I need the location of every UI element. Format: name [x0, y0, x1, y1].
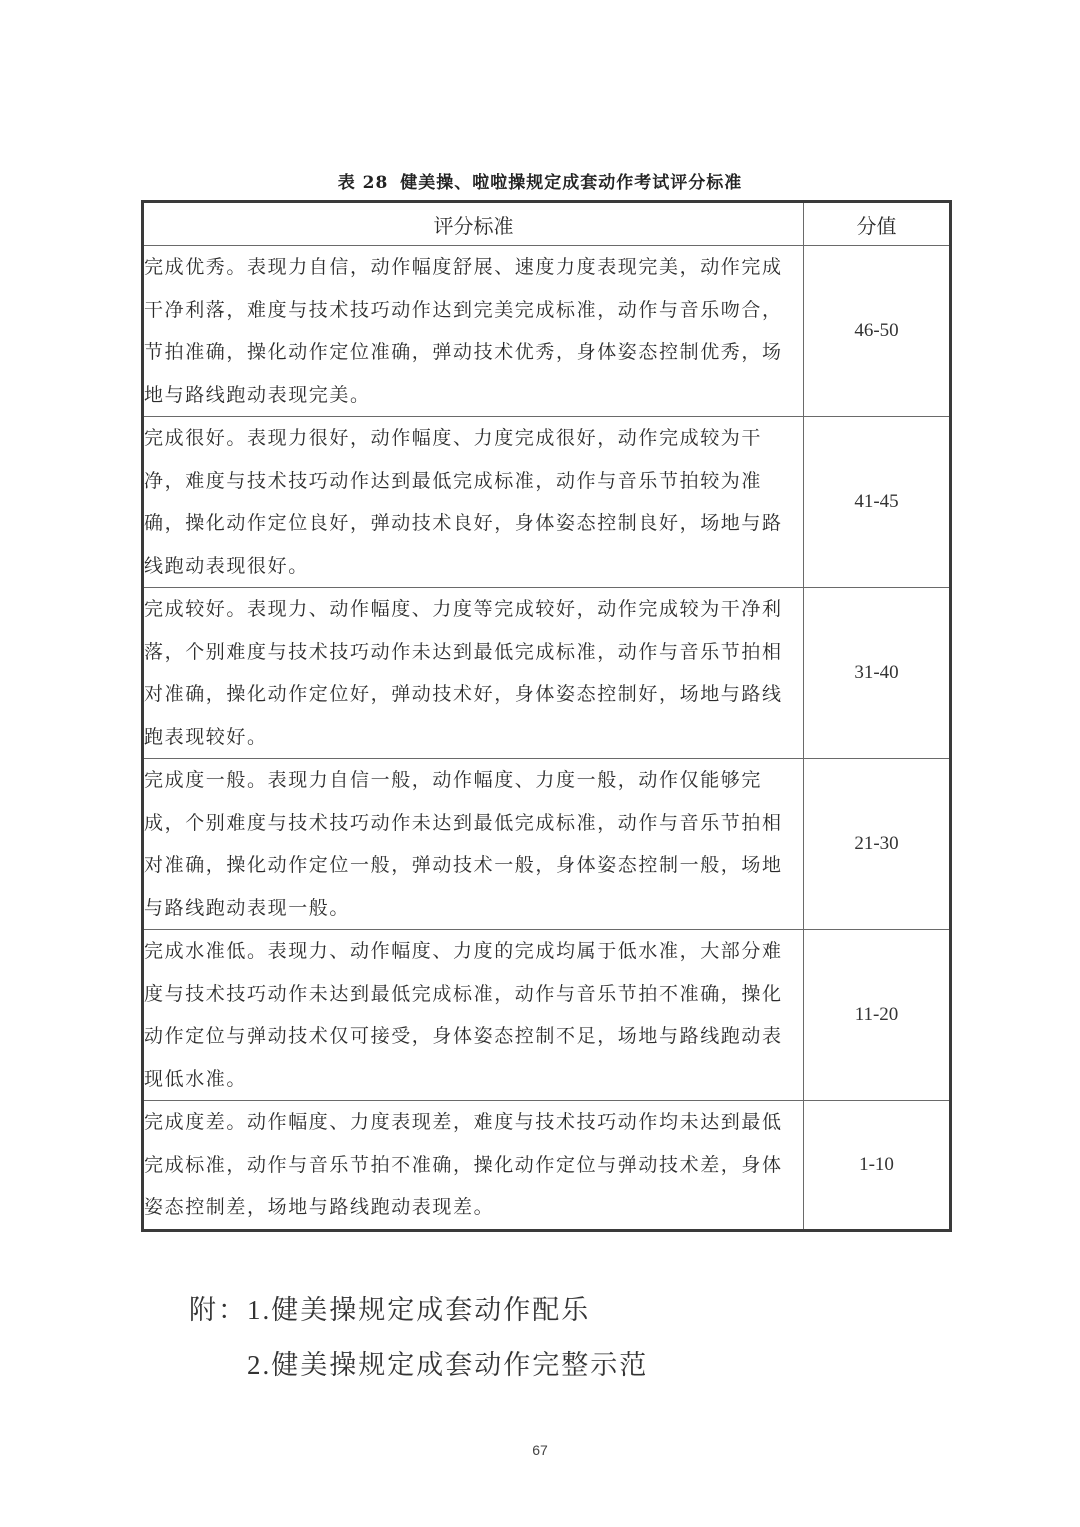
table-row: 完成较好。表现力、动作幅度、力度等完成较好，动作完成较为干净利落，个别难度与技术… [143, 588, 951, 759]
criteria-cell: 完成度差。动作幅度、力度表现差，难度与技术技巧动作均未达到最低完成标准，动作与音… [143, 1101, 804, 1231]
table-row: 完成水准低。表现力、动作幅度、力度的完成均属于低水准，大部分难度与技术技巧动作未… [143, 930, 951, 1101]
appendix-item: 2.健美操规定成套动作完整示范 [189, 1345, 648, 1400]
table-caption: 表 28健美操、啦啦操规定成套动作考试评分标准 [0, 168, 1080, 193]
criteria-cell: 完成很好。表现力很好，动作幅度、力度完成很好，动作完成较为干净，难度与技术技巧动… [143, 417, 804, 588]
header-score: 分值 [804, 202, 951, 246]
criteria-cell: 完成优秀。表现力自信，动作幅度舒展、速度力度表现完美，动作完成干净利落，难度与技… [143, 246, 804, 417]
appendix: 附：1.健美操规定成套动作配乐 2.健美操规定成套动作完整示范 [189, 1290, 648, 1400]
table-row: 完成度一般。表现力自信一般，动作幅度、力度一般，动作仅能够完成，个别难度与技术技… [143, 759, 951, 930]
appendix-prefix: 附： [189, 1291, 247, 1331]
score-cell: 31-40 [804, 588, 951, 759]
table-row: 完成很好。表现力很好，动作幅度、力度完成很好，动作完成较为干净，难度与技术技巧动… [143, 417, 951, 588]
score-cell: 1-10 [804, 1101, 951, 1231]
table-number: 表 28 [338, 173, 389, 193]
appendix-item-text: 健美操规定成套动作完整示范 [271, 1350, 648, 1381]
criteria-cell: 完成较好。表现力、动作幅度、力度等完成较好，动作完成较为干净利落，个别难度与技术… [143, 588, 804, 759]
table-row: 完成优秀。表现力自信，动作幅度舒展、速度力度表现完美，动作完成干净利落，难度与技… [143, 246, 951, 417]
score-cell: 41-45 [804, 417, 951, 588]
score-cell: 11-20 [804, 930, 951, 1101]
criteria-cell: 完成度一般。表现力自信一般，动作幅度、力度一般，动作仅能够完成，个别难度与技术技… [143, 759, 804, 930]
table-header-row: 评分标准 分值 [143, 202, 951, 246]
score-cell: 21-30 [804, 759, 951, 930]
appendix-item: 附：1.健美操规定成套动作配乐 [189, 1290, 648, 1345]
table-row: 完成度差。动作幅度、力度表现差，难度与技术技巧动作均未达到最低完成标准，动作与音… [143, 1101, 951, 1231]
appendix-item-number: 2. [247, 1350, 271, 1380]
scoring-table: 评分标准 分值 完成优秀。表现力自信，动作幅度舒展、速度力度表现完美，动作完成干… [141, 200, 952, 1232]
page-number: 67 [0, 1442, 1080, 1458]
criteria-cell: 完成水准低。表现力、动作幅度、力度的完成均属于低水准，大部分难度与技术技巧动作未… [143, 930, 804, 1101]
table-title: 健美操、啦啦操规定成套动作考试评分标准 [400, 173, 742, 193]
header-criteria: 评分标准 [143, 202, 804, 246]
appendix-item-text: 健美操规定成套动作配乐 [271, 1295, 590, 1326]
appendix-item-number: 1. [247, 1295, 271, 1325]
score-cell: 46-50 [804, 246, 951, 417]
